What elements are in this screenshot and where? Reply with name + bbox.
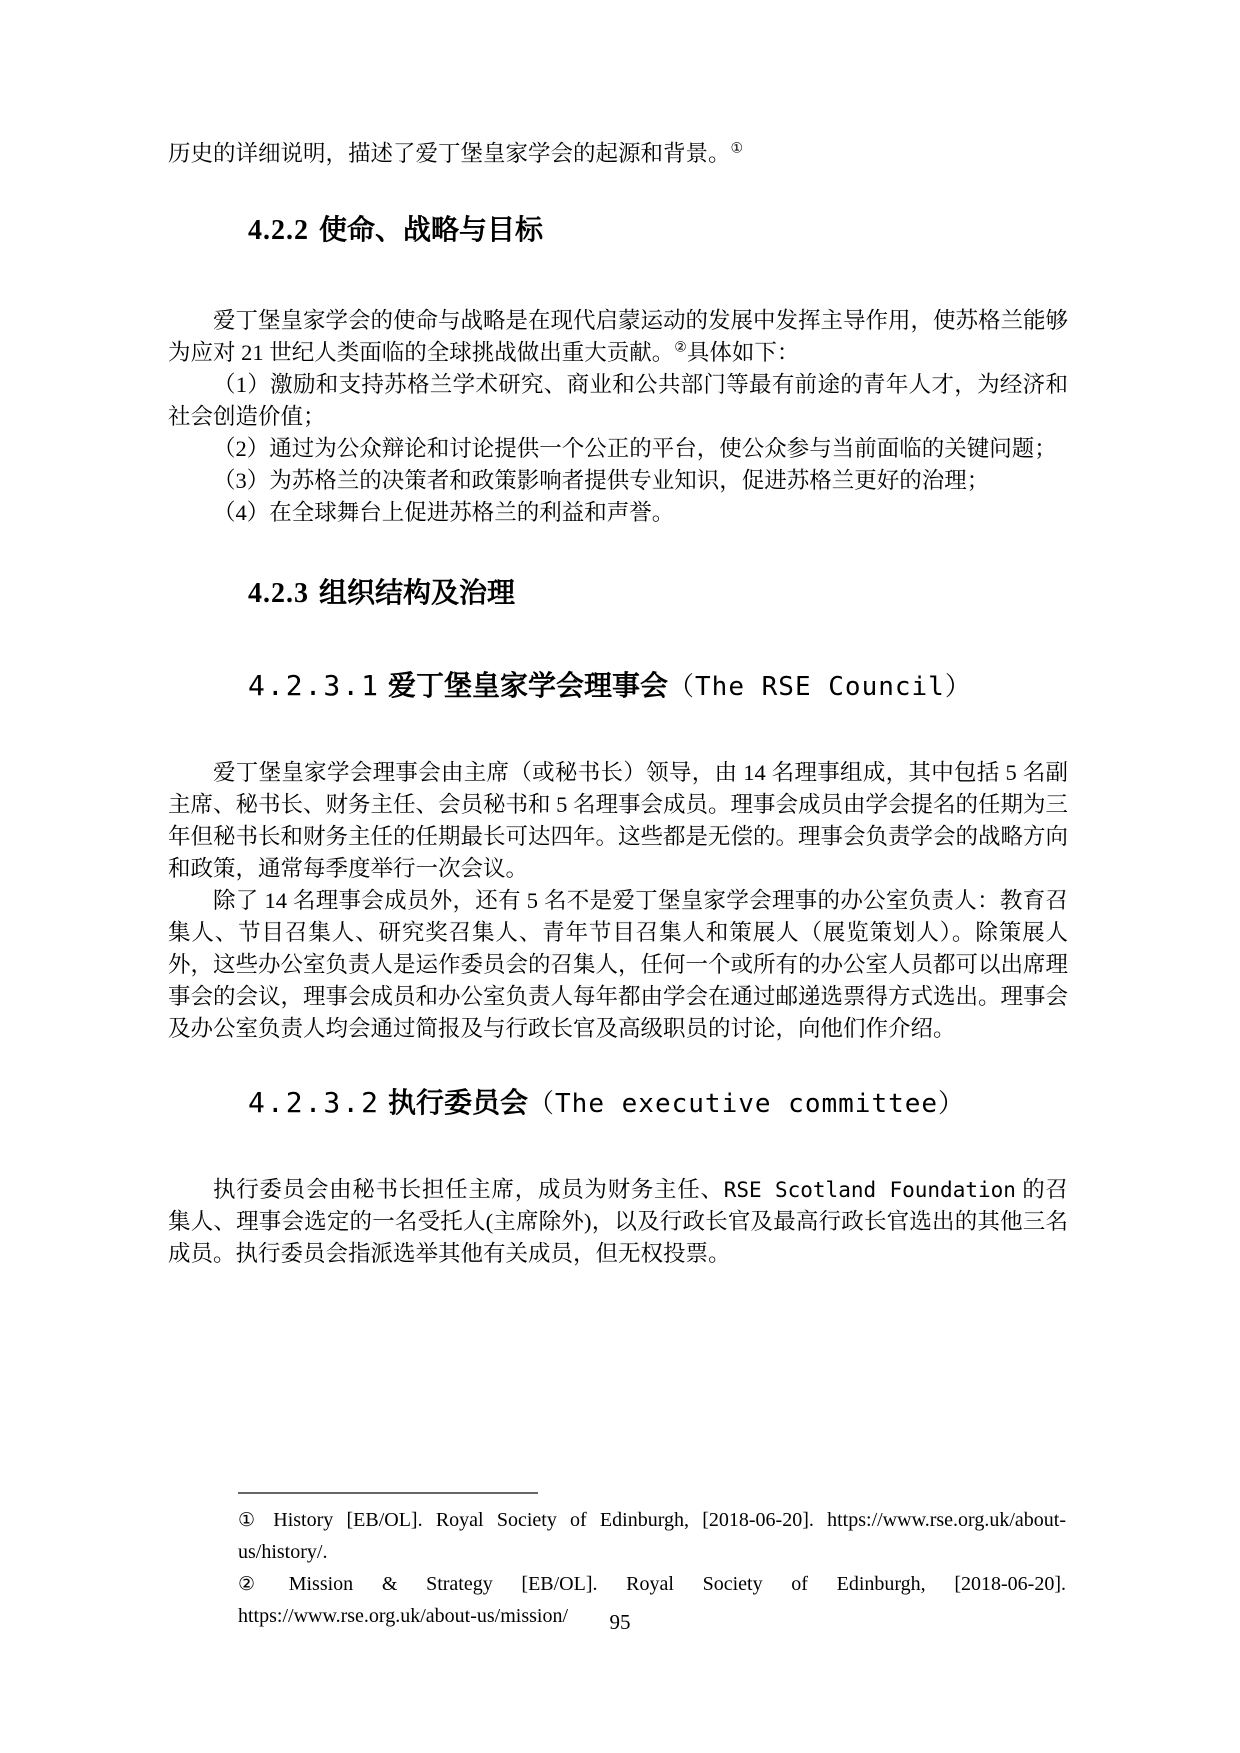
intro-paragraph: 历史的详细说明，描述了爱丁堡皇家学会的起源和背景。① [168,138,1068,170]
footnote-marker-2: ② [238,1573,279,1595]
section-heading-4-2-3: 4.2.3组织结构及治理 [248,575,1068,612]
mission-text-after: 具体如下： [687,340,800,365]
subsection-title-cjk: 爱丁堡皇家学会理事会 [388,671,668,702]
footnote-separator-rule [238,1492,538,1494]
subsection-title-latin: （The executive committee） [528,1089,965,1119]
section-title: 组织结构及治理 [319,577,515,608]
page-content: 历史的详细说明，描述了爱丁堡皇家学会的起源和背景。① 4.2.2使命、战略与目标… [168,138,1068,1270]
subsection-title-cjk: 执行委员会 [388,1088,528,1119]
subsection-heading-4-2-3-1: 4.2.3.1爱丁堡皇家学会理事会（The RSE Council） [248,668,1068,705]
section-heading-4-2-2: 4.2.2使命、战略与目标 [248,212,1068,249]
page-number: 95 [0,1606,1240,1638]
subsection-number: 4.2.3.2 [248,1086,380,1119]
section-number: 4.2.2 [248,215,309,246]
executive-latin-text: RSE Scotland Foundation [724,1178,1016,1202]
list-item-4: （4）在全球舞台上促进苏格兰的利益和声誉。 [168,497,1068,529]
section-title: 使命、战略与目标 [319,214,543,245]
subsection-title-latin: （The RSE Council） [668,672,972,702]
list-item-2: （2）通过为公众辩论和讨论提供一个公正的平台，使公众参与当前面临的关键问题； [168,433,1068,465]
footnote-ref-1: ① [731,142,744,157]
footnote-1: ①History [EB/OL]. Royal Society of Edinb… [238,1504,1066,1568]
subsection-number: 4.2.3.1 [248,669,380,702]
list-item-3: （3）为苏格兰的决策者和政策影响者提供专业知识，促进苏格兰更好的治理； [168,465,1068,497]
section-number: 4.2.3 [248,578,309,609]
subsection-heading-4-2-3-2: 4.2.3.2执行委员会（The executive committee） [248,1085,1068,1122]
council-paragraph: 爱丁堡皇家学会理事会由主席（或秘书长）领导，由 14 名理事组成，其中包括 5 … [168,757,1068,885]
mission-text-before: 爱丁堡皇家学会的使命与战略是在现代启蒙运动的发展中发挥主导作用，使苏格兰能够为应… [168,308,1068,365]
footnote-text-1: History [EB/OL]. Royal Society of Edinbu… [238,1509,1066,1563]
footnote-ref-2: ② [674,341,687,356]
list-item-1: （1）激励和支持苏格兰学术研究、商业和公共部门等最有前途的青年人才，为经济和社会… [168,369,1068,433]
executive-text-before: 执行委员会由秘书长担任主席，成员为财务主任、 [213,1177,724,1202]
officers-paragraph: 除了 14 名理事会成员外，还有 5 名不是爱丁堡皇家学会理事的办公室负责人：教… [168,885,1068,1045]
executive-paragraph: 执行委员会由秘书长担任主席，成员为财务主任、RSE Scotland Found… [168,1174,1068,1270]
footnote-marker-1: ① [238,1509,263,1531]
document-page: 历史的详细说明，描述了爱丁堡皇家学会的起源和背景。① 4.2.2使命、战略与目标… [0,0,1240,1753]
mission-paragraph: 爱丁堡皇家学会的使命与战略是在现代启蒙运动的发展中发挥主导作用，使苏格兰能够为应… [168,305,1068,369]
intro-text: 历史的详细说明，描述了爱丁堡皇家学会的起源和背景。 [168,141,731,166]
